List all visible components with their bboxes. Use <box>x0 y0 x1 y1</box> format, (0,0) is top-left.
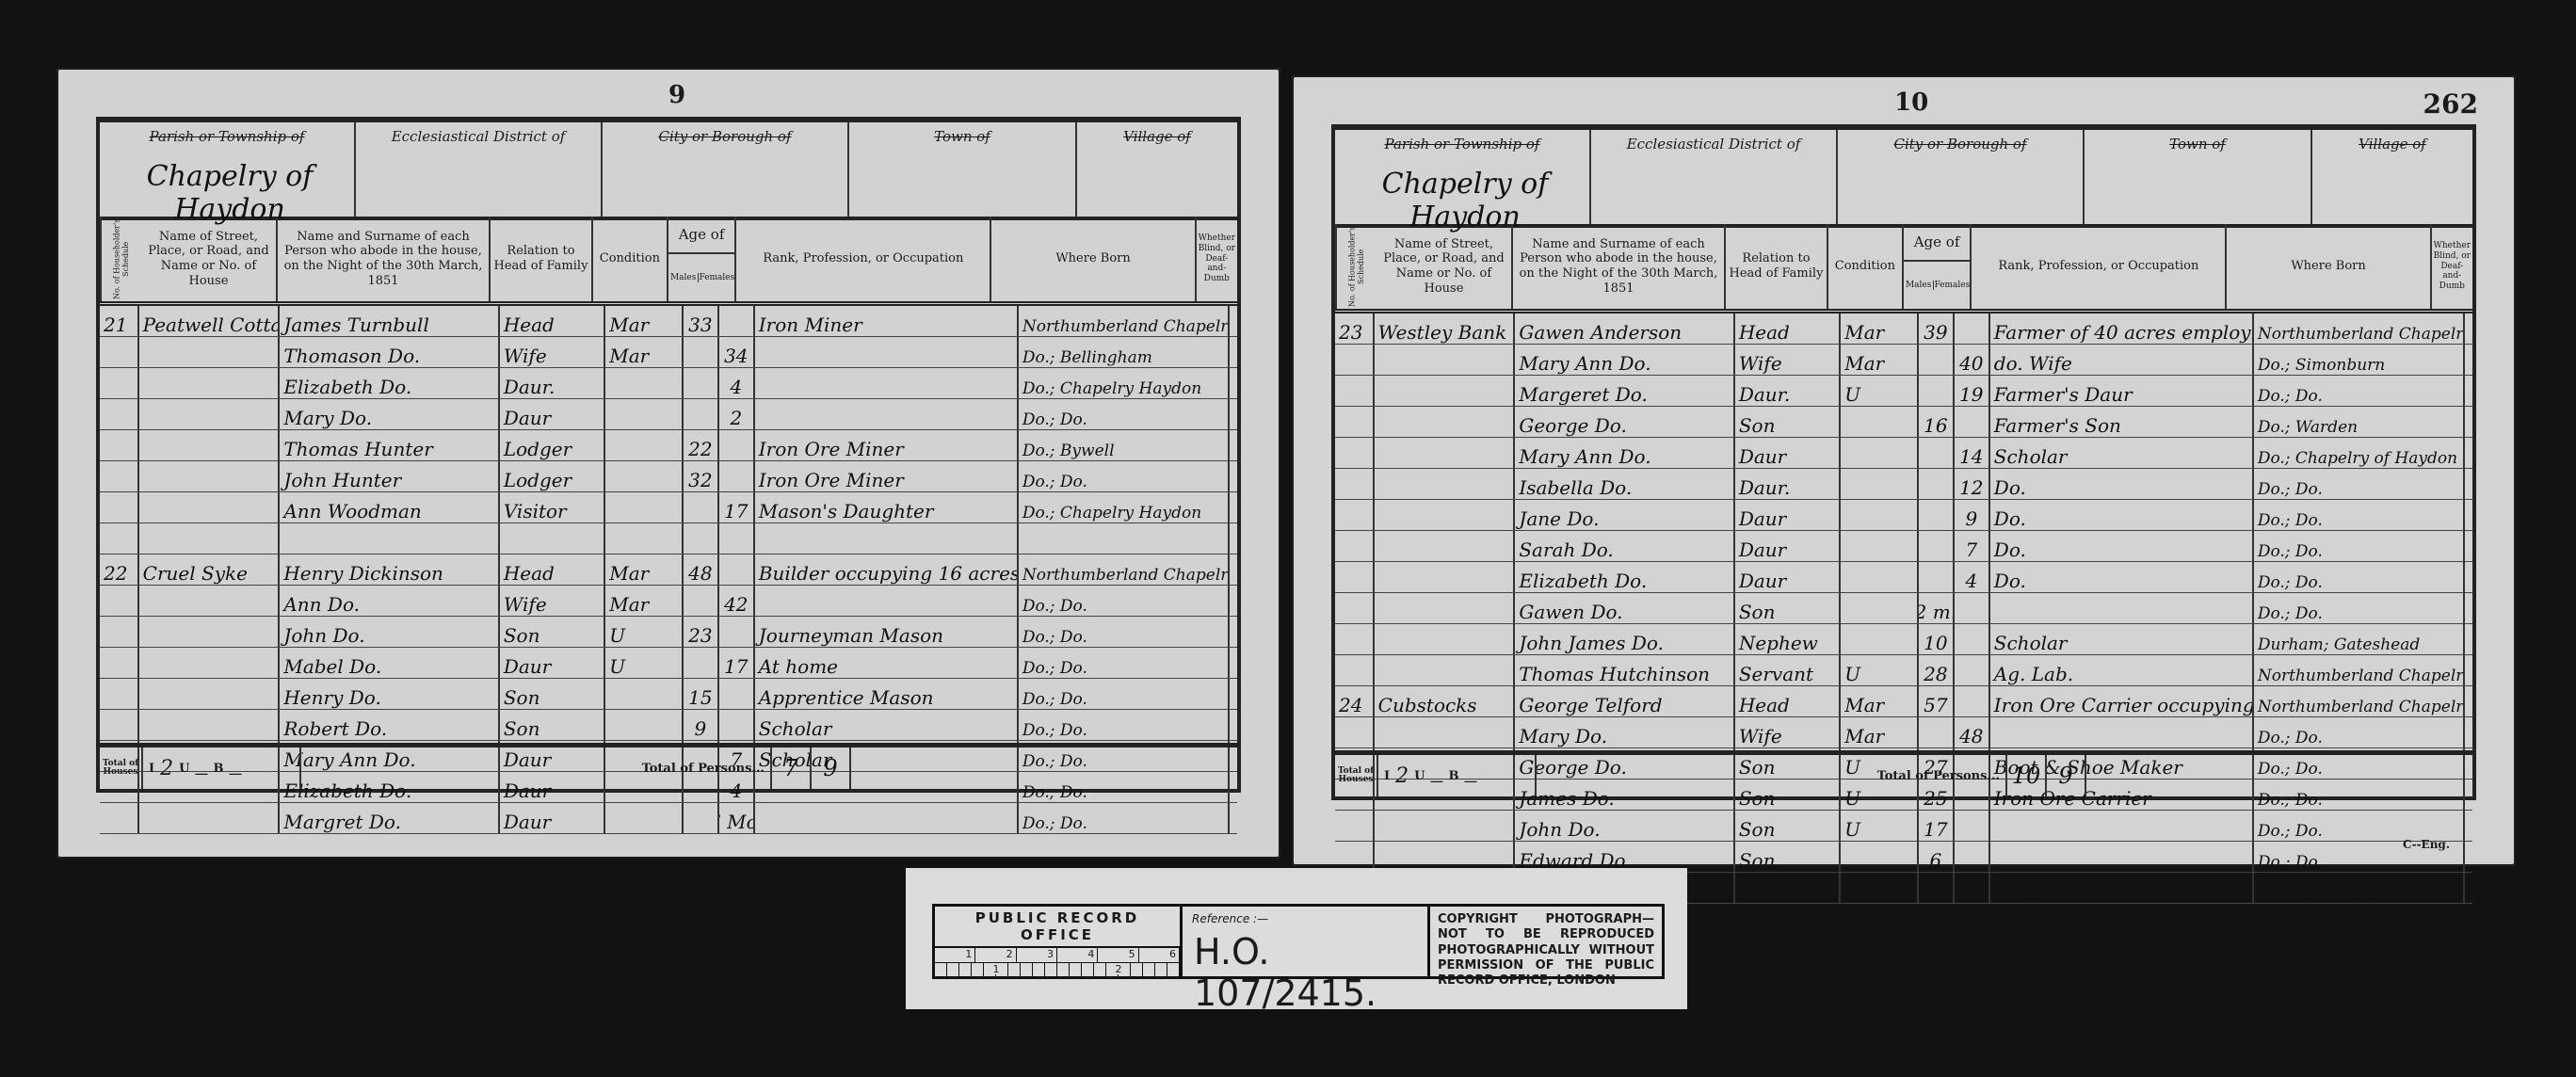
relation-cell: Daur <box>1735 531 1841 561</box>
village-label: Village of <box>1123 128 1191 145</box>
where-born-cell: Do.; Do. <box>2254 469 2465 499</box>
person-name-cell <box>280 523 499 554</box>
occupation-cell: do. Wife <box>1990 345 2254 375</box>
age-of-label: Age of <box>668 217 734 254</box>
age-female-cell <box>719 679 755 709</box>
occupation-cell <box>1990 842 2254 872</box>
age-male-cell <box>1919 438 1955 468</box>
col-occupation: Rank, Profession, or Occupation <box>736 217 991 301</box>
age-female-cell: 34 <box>719 337 755 367</box>
where-born-cell: Do.; Do. <box>2254 717 2465 747</box>
reference-cell: Reference :— H.O. 107/2415. <box>1183 907 1430 976</box>
relation-cell: Head <box>1735 313 1841 344</box>
table-row: Elizabeth Do.Daur.4Do.; Chapelry Haydon <box>100 368 1237 399</box>
relation-cell: Daur. <box>500 368 605 398</box>
relation-cell: Head <box>500 555 605 585</box>
place-cell <box>1375 593 1516 623</box>
where-born-cell: Do.; Do. <box>2254 593 2465 623</box>
condition-cell <box>1841 562 1919 592</box>
blind-deaf-cell <box>2465 313 2472 344</box>
relation-cell: Servant <box>1735 873 1841 903</box>
age-female-cell: 12 <box>1955 469 1990 499</box>
village-label: Village of <box>2359 136 2426 153</box>
where-born-cell: Do.; Do. <box>2254 811 2465 841</box>
total-persons-label: Total of Persons... <box>1537 769 2005 783</box>
where-born-cell: Do.; Do. <box>1019 679 1230 709</box>
schedule-no-cell: 21 <box>100 306 139 336</box>
place-cell <box>1375 345 1516 375</box>
age-male-cell <box>684 648 719 678</box>
occupation-cell: Iron Ore Miner <box>755 461 1019 491</box>
where-born-cell: Do.; Bywell <box>1019 430 1230 460</box>
parish-label: Parish or Township of <box>150 128 305 145</box>
where-born-cell: Do.; Do. <box>1019 461 1230 491</box>
females-label: Females <box>699 273 734 283</box>
age-male-cell: 32 <box>684 461 719 491</box>
place-cell: Cruel Syke <box>139 555 281 585</box>
males-label: Males <box>668 273 700 283</box>
table-row: 22Cruel SykeHenry DickinsonHeadMar48Buil… <box>100 555 1237 586</box>
page-footer: Total of Houses I2 U__ B__ Total of Pers… <box>1335 750 2472 796</box>
age-male-cell <box>1919 469 1955 499</box>
column-headers: No. of Householder's Schedule Name of St… <box>100 217 1237 306</box>
blind-deaf-cell <box>2465 655 2472 685</box>
blind-deaf-cell <box>2465 531 2472 561</box>
occupation-cell: Iron Miner <box>755 306 1019 336</box>
occupation-cell <box>755 803 1019 833</box>
relation-cell: Head <box>500 306 605 336</box>
table-row: Margret Do.Daur6 Mo.Do.; Do. <box>100 803 1237 834</box>
age-female-cell: 19 <box>1955 376 1990 406</box>
occupation-cell: Do. <box>1990 500 2254 530</box>
table-row: Mary Ann Do.WifeMar40do. WifeDo.; Simonb… <box>1335 345 2472 376</box>
age-female-cell: 9 <box>1955 500 1990 530</box>
schedule-no-cell <box>1335 717 1375 747</box>
schedule-no-cell <box>100 679 139 709</box>
table-row: Elizabeth Do.Daur4Do.Do.; Do. <box>1335 562 2472 593</box>
where-born-cell: Do.; Chapelry Haydon <box>1019 368 1230 398</box>
table-row: Isabella Do.Daur.12Do.Do.; Do. <box>1335 469 2472 500</box>
person-name-cell: Mary Do. <box>1515 717 1734 747</box>
age-male-cell <box>1919 500 1955 530</box>
schedule-no-cell <box>1335 624 1375 654</box>
where-born-cell: Do.; Do. <box>1019 586 1230 616</box>
person-name-cell: John Hunter <box>280 461 499 491</box>
where-born-cell: Do.; Do. <box>2254 500 2465 530</box>
place-cell <box>139 368 281 398</box>
col-schedule-no: No. of Householder's Schedule <box>100 217 141 301</box>
age-male-cell: 48 <box>684 555 719 585</box>
inhabited-value: 2 <box>160 757 173 780</box>
occupation-cell: Iron Ore Miner <box>755 430 1019 460</box>
parish-cell: Parish or Township of Chapelry of Haydon <box>100 122 356 217</box>
where-born-cell: Do.; Simonburn <box>2254 345 2465 375</box>
where-born-cell: Do.; Do. <box>2254 562 2465 592</box>
condition-cell: Mar <box>605 586 684 616</box>
table-row: Sarah Do.Daur7Do.Do.; Do. <box>1335 531 2472 562</box>
building-label: B <box>213 762 223 776</box>
schedule-no-cell <box>100 430 139 460</box>
blind-deaf-cell <box>2465 593 2472 623</box>
age-female-cell <box>1955 842 1990 872</box>
age-male-cell <box>684 492 719 522</box>
place-cell <box>139 679 281 709</box>
col-place: Name of Street, Place, or Road, and Name… <box>141 217 278 301</box>
age-female-cell: 40 <box>1955 345 1990 375</box>
schedule-no-cell <box>1335 469 1375 499</box>
place-cell <box>139 648 281 678</box>
ecclesiastical-cell: Ecclesiastical District of <box>1591 130 1838 224</box>
occupation-cell: Do. <box>1990 531 2254 561</box>
reference-card: PUBLIC RECORD OFFICE 123456 12 Reference… <box>906 868 1687 1009</box>
where-born-cell: Do.; Do. <box>1019 648 1230 678</box>
condition-cell <box>1841 500 1919 530</box>
condition-cell <box>605 492 684 522</box>
age-female-cell <box>719 461 755 491</box>
houses-tally: I2 U__ B__ <box>143 747 301 789</box>
col-age: Age of MalesFemales <box>1904 224 1972 309</box>
town-cell: Town of <box>2085 130 2312 224</box>
folio-number: 262 <box>2423 88 2478 120</box>
person-name-cell: Thomason Do. <box>280 337 499 367</box>
age-male-cell <box>684 803 719 833</box>
relation-cell <box>500 523 605 554</box>
occupation-cell <box>755 523 1019 554</box>
where-born-cell: Do.; Warden <box>2254 407 2465 437</box>
person-name-cell: Sarah Do. <box>1515 531 1734 561</box>
condition-cell <box>1841 531 1919 561</box>
age-male-cell: 57 <box>1919 686 1955 716</box>
age-male-cell <box>1919 376 1955 406</box>
col-name: Name and Surname of each Person who abod… <box>278 217 491 301</box>
schedule-no-cell <box>1335 500 1375 530</box>
location-header: Parish or Township of Chapelry of Haydon… <box>100 122 1237 220</box>
person-name-cell: Gawen Do. <box>1515 593 1734 623</box>
age-female-cell <box>1955 313 1990 344</box>
total-males: 10 <box>2005 755 2045 796</box>
place-cell <box>1375 717 1516 747</box>
place-cell <box>1375 655 1516 685</box>
relation-cell: Daur <box>1735 500 1841 530</box>
occupation-cell: Scholar <box>1990 624 2254 654</box>
relation-cell: Son <box>500 710 605 740</box>
person-name-cell: James Turnbull <box>280 306 499 336</box>
blind-deaf-cell <box>1230 710 1237 740</box>
ecclesiastical-label: Ecclesiastical District of <box>1627 136 1801 153</box>
age-male-cell: 6 <box>1919 842 1955 872</box>
age-female-cell: 42 <box>719 586 755 616</box>
table-row: Gawen Do.Son2 m.Do.; Do. <box>1335 593 2472 624</box>
age-female-cell <box>719 555 755 585</box>
condition-cell: Mar <box>1841 686 1919 716</box>
condition-cell <box>1841 407 1919 437</box>
schedule-no-cell <box>100 523 139 554</box>
where-born-cell: Do.; Do. <box>2254 376 2465 406</box>
total-females: 9 <box>2045 755 2086 796</box>
schedule-no-cell <box>1335 531 1375 561</box>
table-row: John James Do.Nephew10ScholarDurham; Gat… <box>1335 624 2472 655</box>
table-row: Ann WoodmanVisitor17Mason's DaughterDo.;… <box>100 492 1237 523</box>
schedule-no-cell <box>1335 562 1375 592</box>
age-female-cell <box>1955 811 1990 841</box>
page-footer: Total of Houses I2 U__ B__ Total of Pers… <box>100 743 1237 789</box>
place-cell <box>139 710 281 740</box>
age-male-cell <box>1919 531 1955 561</box>
where-born-cell: Do.; Allendale <box>2254 873 2465 903</box>
table-row: Mabel Do.DaurU17At homeDo.; Do. <box>100 648 1237 679</box>
relation-cell: Son <box>1735 811 1841 841</box>
ruler-tick: 1 <box>993 963 1000 974</box>
blind-deaf-cell <box>2465 562 2472 592</box>
condition-cell <box>605 461 684 491</box>
where-born-cell: Northumberland Chapelry of Haydon <box>2254 313 2465 344</box>
copyright-notice: COPYRIGHT PHOTOGRAPH—NOT TO BE REPRODUCE… <box>1430 907 1662 976</box>
inhabited-label: I <box>149 762 154 776</box>
condition-cell <box>605 803 684 833</box>
blind-deaf-cell <box>2465 717 2472 747</box>
condition-cell <box>605 523 684 554</box>
age-female-cell <box>719 710 755 740</box>
town-label: Town of <box>2169 136 2226 153</box>
place-cell <box>139 461 281 491</box>
table-row: Robert Do.Son9ScholarDo.; Do. <box>100 710 1237 741</box>
place-cell <box>139 523 281 554</box>
place-cell <box>1375 562 1516 592</box>
schedule-no-cell <box>1335 811 1375 841</box>
houses-tally: I2 U__ B__ <box>1378 755 1537 796</box>
blind-deaf-cell <box>2465 407 2472 437</box>
age-male-cell <box>1919 717 1955 747</box>
where-born-cell: Northumberland Chapelry of Haydon <box>2254 655 2465 685</box>
blind-deaf-cell <box>1230 586 1237 616</box>
blind-deaf-cell <box>1230 461 1237 491</box>
condition-cell: U <box>1841 811 1919 841</box>
person-name-cell: Margret Do. <box>280 803 499 833</box>
place-cell <box>1375 811 1516 841</box>
total-houses-label: Total of Houses <box>1335 755 1378 796</box>
village-cell: Village of <box>1077 122 1237 217</box>
ruler-tick: 4 <box>1057 948 1098 962</box>
occupation-cell: Ag. Lab. <box>1990 655 2254 685</box>
relation-cell: Son <box>1735 593 1841 623</box>
blind-deaf-cell <box>2465 686 2472 716</box>
col-where-born: Where Born <box>2227 224 2431 309</box>
schedule-no-cell <box>100 803 139 833</box>
table-row: 21Peatwell CottageJames TurnbullHeadMar3… <box>100 306 1237 337</box>
age-female-cell: 17 <box>719 648 755 678</box>
age-female-cell <box>1955 686 1990 716</box>
blind-deaf-cell <box>1230 679 1237 709</box>
relation-cell: Daur <box>500 399 605 429</box>
blind-deaf-cell <box>1230 648 1237 678</box>
occupation-cell <box>755 586 1019 616</box>
occupation-cell: Iron Ore Carrier occupying 25 acres Land <box>1990 686 2254 716</box>
place-cell <box>1375 438 1516 468</box>
table-row: 24CubstocksGeorge TelfordHeadMar57Iron O… <box>1335 686 2472 717</box>
person-name-cell: Robert Do. <box>280 710 499 740</box>
col-relation: Relation to Head of Family <box>491 217 593 301</box>
condition-cell: U <box>1841 873 1919 903</box>
age-female-cell: 48 <box>1955 717 1990 747</box>
condition-cell <box>605 679 684 709</box>
blind-deaf-cell <box>2465 376 2472 406</box>
where-born-cell: Do.; Chapelry of Haydon <box>2254 438 2465 468</box>
age-male-cell: 33 <box>684 306 719 336</box>
occupation-cell <box>1990 717 2254 747</box>
occupation-cell: Do. <box>1990 469 2254 499</box>
schedule-no-cell <box>1335 376 1375 406</box>
person-name-cell: George Telford <box>1515 686 1734 716</box>
place-cell: Peatwell Cottage <box>139 306 281 336</box>
schedule-no-cell <box>100 368 139 398</box>
schedule-no-cell <box>1335 655 1375 685</box>
condition-cell: Mar <box>1841 717 1919 747</box>
inhabited-label: I <box>1384 769 1390 783</box>
column-headers: No. of Householder's Schedule Name of St… <box>1335 224 2472 313</box>
reference-box: PUBLIC RECORD OFFICE 123456 12 Reference… <box>932 904 1665 979</box>
table-row: Thomason Do.WifeMar34Do.; Bellingham <box>100 337 1237 368</box>
age-male-cell <box>684 399 719 429</box>
town-cell: Town of <box>849 122 1077 217</box>
person-name-cell: Ann Woodman <box>280 492 499 522</box>
place-cell <box>1375 624 1516 654</box>
age-male-cell <box>684 337 719 367</box>
relation-cell: Daur <box>1735 438 1841 468</box>
relation-cell: Wife <box>1735 717 1841 747</box>
occupation-cell <box>755 368 1019 398</box>
occupation-cell: Farmer's Daur <box>1990 376 2254 406</box>
person-name-cell: Mabel Do. <box>280 648 499 678</box>
condition-cell: U <box>605 617 684 647</box>
census-page-left: 9 Parish or Township of Chapelry of Hayd… <box>56 68 1280 859</box>
place-cell <box>139 803 281 833</box>
condition-cell: U <box>1841 376 1919 406</box>
where-born-cell: Do.; Do. <box>1019 803 1230 833</box>
place-cell <box>1375 500 1516 530</box>
table-row: Henry Do.Son15Apprentice MasonDo.; Do. <box>100 679 1237 710</box>
relation-cell: Wife <box>500 586 605 616</box>
age-female-cell <box>1955 655 1990 685</box>
where-born-cell <box>1019 523 1230 554</box>
place-cell <box>139 617 281 647</box>
table-row: Mary Do.WifeMar48Do.; Do. <box>1335 717 2472 748</box>
occupation-cell: Scholar <box>1990 438 2254 468</box>
schedule-no-cell <box>100 461 139 491</box>
schedule-no-cell <box>100 492 139 522</box>
where-born-cell: Northumberland Chapelry of Haydon <box>1019 555 1230 585</box>
occupation-cell <box>1990 811 2254 841</box>
age-female-cell: 4 <box>719 368 755 398</box>
relation-cell: Visitor <box>500 492 605 522</box>
printer-mark: C--Eng. <box>2403 838 2450 851</box>
table-row <box>100 523 1237 555</box>
parish-cell: Parish or Township of Chapelry of Haydon <box>1335 130 1591 224</box>
schedule-no-cell <box>1335 593 1375 623</box>
condition-cell <box>605 368 684 398</box>
schedule-frame: Parish or Township of Chapelry of Haydon… <box>96 117 1241 793</box>
blind-deaf-cell <box>1230 306 1237 336</box>
total-females: 9 <box>810 747 851 789</box>
town-label: Town of <box>934 128 990 145</box>
ruler-tick: 2 <box>1116 963 1122 974</box>
blind-deaf-cell <box>2465 873 2472 903</box>
age-male-cell: 22 <box>684 430 719 460</box>
table-row: Mary Ann Do.Daur14ScholarDo.; Chapelry o… <box>1335 438 2472 469</box>
blind-deaf-cell <box>2465 624 2472 654</box>
age-female-cell <box>719 617 755 647</box>
relation-cell: Wife <box>1735 345 1841 375</box>
person-name-cell: Elizabeth Do. <box>1515 562 1734 592</box>
table-row: John Do.SonU17Do.; Do. <box>1335 811 2472 842</box>
person-name-cell: Thomas Hunter <box>280 430 499 460</box>
blind-deaf-cell <box>2465 469 2472 499</box>
occupation-cell: Apprentice Mason <box>755 679 1019 709</box>
age-female-cell: 17 <box>719 492 755 522</box>
person-name-cell: Gawen Anderson <box>1515 313 1734 344</box>
person-name-cell: John James Do. <box>1515 624 1734 654</box>
schedule-frame: Parish or Township of Chapelry of Haydon… <box>1331 124 2476 800</box>
relation-cell: Nephew <box>1735 624 1841 654</box>
age-female-cell: 19 <box>1955 873 1990 903</box>
col-condition: Condition <box>1828 224 1904 309</box>
age-female-cell: 2 <box>719 399 755 429</box>
pro-ruler: PUBLIC RECORD OFFICE 123456 12 <box>935 907 1183 976</box>
condition-cell <box>1841 438 1919 468</box>
condition-cell: Mar <box>605 306 684 336</box>
table-row: Mary Do.Daur2Do.; Do. <box>100 399 1237 430</box>
blind-deaf-cell <box>2465 811 2472 841</box>
total-houses-label: Total of Houses <box>100 747 143 789</box>
occupation-cell <box>755 399 1019 429</box>
condition-cell: Mar <box>1841 313 1919 344</box>
where-born-cell: Do.; Do. <box>1019 399 1230 429</box>
age-female-cell: 4 <box>1955 562 1990 592</box>
condition-cell <box>605 430 684 460</box>
col-blind-deaf: Whether Blind, or Deaf-and-Dumb <box>2432 224 2472 309</box>
where-born-cell: Do.; Do. <box>1019 710 1230 740</box>
place-cell <box>1375 469 1516 499</box>
occupation-cell: Journeyman Mason <box>755 617 1019 647</box>
total-males: 7 <box>770 747 810 789</box>
person-name-cell: Jane Do. <box>1515 500 1734 530</box>
table-row: Thomas HunterLodger22Iron Ore MinerDo.; … <box>100 430 1237 461</box>
place-cell: Cubstocks <box>1375 686 1516 716</box>
age-female-cell <box>1955 407 1990 437</box>
person-name-cell: Elizabeth Do. <box>280 368 499 398</box>
schedule-no-cell: 24 <box>1335 686 1375 716</box>
age-male-cell <box>1919 345 1955 375</box>
uninhabited-label: U <box>179 762 189 776</box>
person-name-cell: Henry Do. <box>280 679 499 709</box>
occupation-cell: Mason's Daughter <box>755 492 1019 522</box>
schedule-no-cell <box>100 586 139 616</box>
table-row: John HunterLodger32Iron Ore MinerDo.; Do… <box>100 461 1237 492</box>
males-label: Males <box>1904 281 1935 291</box>
person-name-cell: Mary Do. <box>280 399 499 429</box>
age-female-cell: 7 <box>1955 531 1990 561</box>
blind-deaf-cell <box>1230 617 1237 647</box>
where-born-cell: Durham; Gateshead <box>2254 624 2465 654</box>
age-male-cell: 28 <box>1919 655 1955 685</box>
where-born-cell: Do.; Do. <box>2254 531 2465 561</box>
schedule-no-cell <box>1335 438 1375 468</box>
city-label: City or Borough of <box>1893 136 2026 153</box>
building-label: B <box>1448 769 1458 783</box>
where-born-cell: Do.; Do. <box>1019 617 1230 647</box>
location-header: Parish or Township of Chapelry of Haydon… <box>1335 130 2472 228</box>
table-row: Ann Do.WifeMar42Do.; Do. <box>100 586 1237 617</box>
page-number: 9 <box>668 81 685 109</box>
